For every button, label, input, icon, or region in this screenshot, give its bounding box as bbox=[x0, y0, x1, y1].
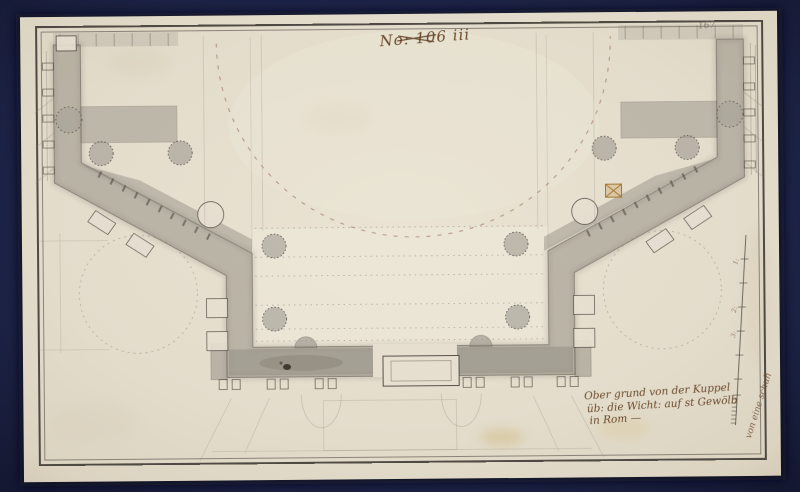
embedded-column-right bbox=[717, 101, 743, 127]
top-cap-right bbox=[618, 24, 743, 40]
column bbox=[675, 135, 699, 159]
column bbox=[168, 141, 192, 165]
column bbox=[506, 305, 530, 329]
arm-band-right bbox=[621, 101, 717, 138]
column bbox=[592, 136, 616, 160]
altar-block bbox=[383, 355, 459, 386]
pier-niche-right bbox=[572, 198, 598, 224]
pier-niche-left bbox=[198, 202, 224, 228]
top-wall-end-niche bbox=[56, 36, 76, 51]
arm-band-left bbox=[81, 106, 177, 143]
drawing-svg: 1: 2: 3: von eine schuh No: 106 iii 167 … bbox=[0, 0, 800, 492]
ink-speck bbox=[280, 362, 283, 365]
scan-stage: 1: 2: 3: von eine schuh No: 106 iii 167 … bbox=[0, 0, 800, 492]
embedded-column-left bbox=[56, 107, 82, 133]
column bbox=[89, 141, 113, 165]
paper-sheet-group: 1: 2: 3: von eine schuh No: 106 iii 167 … bbox=[16, 8, 786, 487]
column bbox=[504, 232, 528, 256]
column bbox=[263, 307, 287, 331]
hatched-square-mark bbox=[605, 184, 621, 197]
folio-number: 167 bbox=[698, 21, 716, 32]
column bbox=[262, 234, 286, 258]
